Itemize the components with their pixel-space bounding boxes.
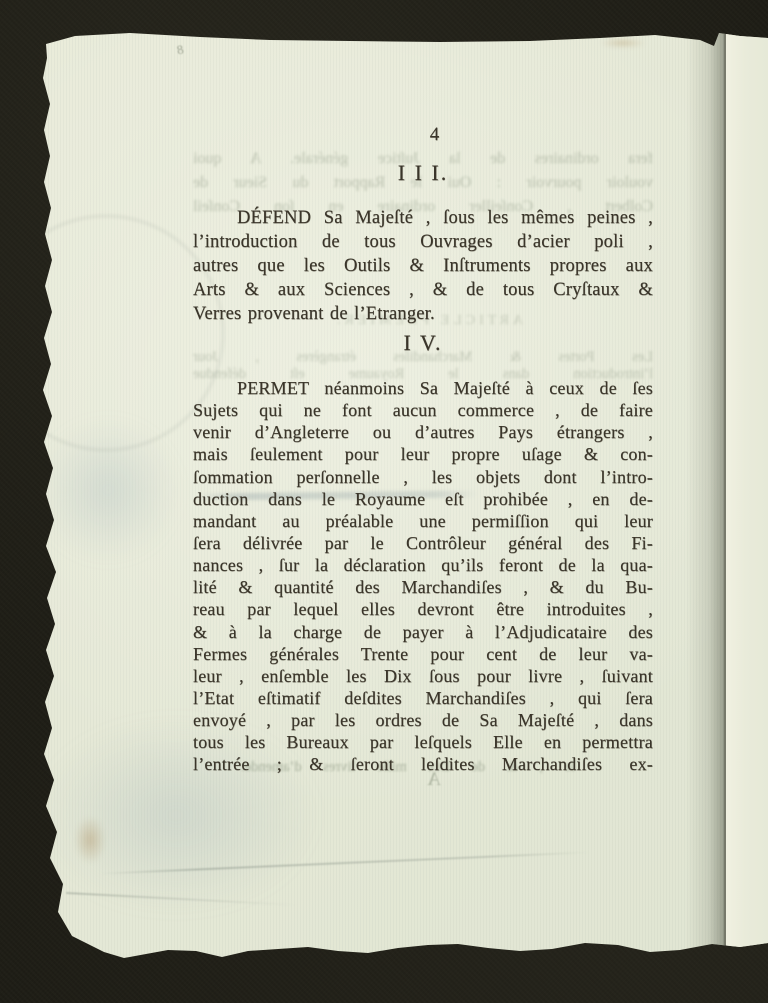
photo-background: { "photo": { "background_color": "#1d1c1…	[0, 0, 768, 1003]
text-line: autres que les Outils & Inſtruments prop…	[193, 254, 653, 278]
page-fold-shadow	[686, 30, 724, 952]
text-line: duction dans le Royaume eſt prohibée , e…	[193, 488, 653, 510]
text-line: envoyé , par les ordres de Sa Majeſté , …	[193, 709, 653, 731]
text-line: leur , enſemble les Dix ſous pour livre …	[193, 665, 653, 687]
text-line: DÉFEND Sa Majeſté , ſous les mêmes peine…	[193, 206, 653, 230]
text-line: l’introduction de tous Ouvrages d’acier …	[193, 230, 653, 254]
text-line: Fermes générales Trente pour cent de leu…	[193, 643, 653, 665]
text-line: ſera délivrée par le Contrôleur général …	[193, 532, 653, 554]
handwritten-corner-mark: 8	[175, 41, 185, 58]
text-line: Arts & aux Sciences , & de tous Cryſtaux…	[193, 278, 653, 302]
text-line: l’entrée ; & ſeront leſdites Marchandiſe…	[193, 753, 653, 775]
text-line: nances , ſur la déclaration qu’ils feron…	[193, 554, 653, 576]
text-line: reau par lequel elles devront être intro…	[193, 598, 653, 620]
section-heading-iii: I I I.	[193, 160, 653, 186]
text-line: ſommation perſonnelle , les objets dont …	[193, 466, 653, 488]
blind-stamp-arc	[0, 215, 224, 451]
text-line: lité & quantité des Marchandiſes , & du …	[193, 576, 653, 598]
text-line: mandant au préalable une permiſſion qui …	[193, 510, 653, 532]
paper-sheet: 8 fera ordinaires de la Juſtice générale…	[0, 0, 768, 1003]
stain	[74, 816, 106, 864]
stain	[600, 38, 646, 48]
text-line: tous les Bureaux par leſquels Elle en pe…	[193, 731, 653, 753]
section-iii-paragraph: DÉFEND Sa Majeſté , ſous les mêmes peine…	[193, 206, 653, 326]
text-line: PERMET néanmoins Sa Majeſté à ceux de ſe…	[193, 377, 653, 399]
section-iv-paragraph: PERMET néanmoins Sa Majeſté à ceux de ſe…	[193, 377, 653, 776]
text-line: l’Etat eſtimatif deſdites Marchandiſes ,…	[193, 687, 653, 709]
text-line: mais ſeulement pour leur propre uſage & …	[193, 443, 653, 465]
section-heading-iv: I V.	[193, 330, 653, 356]
text-line: Verres provenant de l’Etranger.	[193, 302, 653, 326]
text-line: Sujets qui ne font aucun commerce , de f…	[193, 399, 653, 421]
text-line: venir d’Angleterre ou d’autres Pays étra…	[193, 421, 653, 443]
page-number: 4	[205, 124, 665, 146]
text-line: & à la charge de payer à l’Adjudicataire…	[193, 621, 653, 643]
adjacent-page-edge	[726, 30, 768, 952]
